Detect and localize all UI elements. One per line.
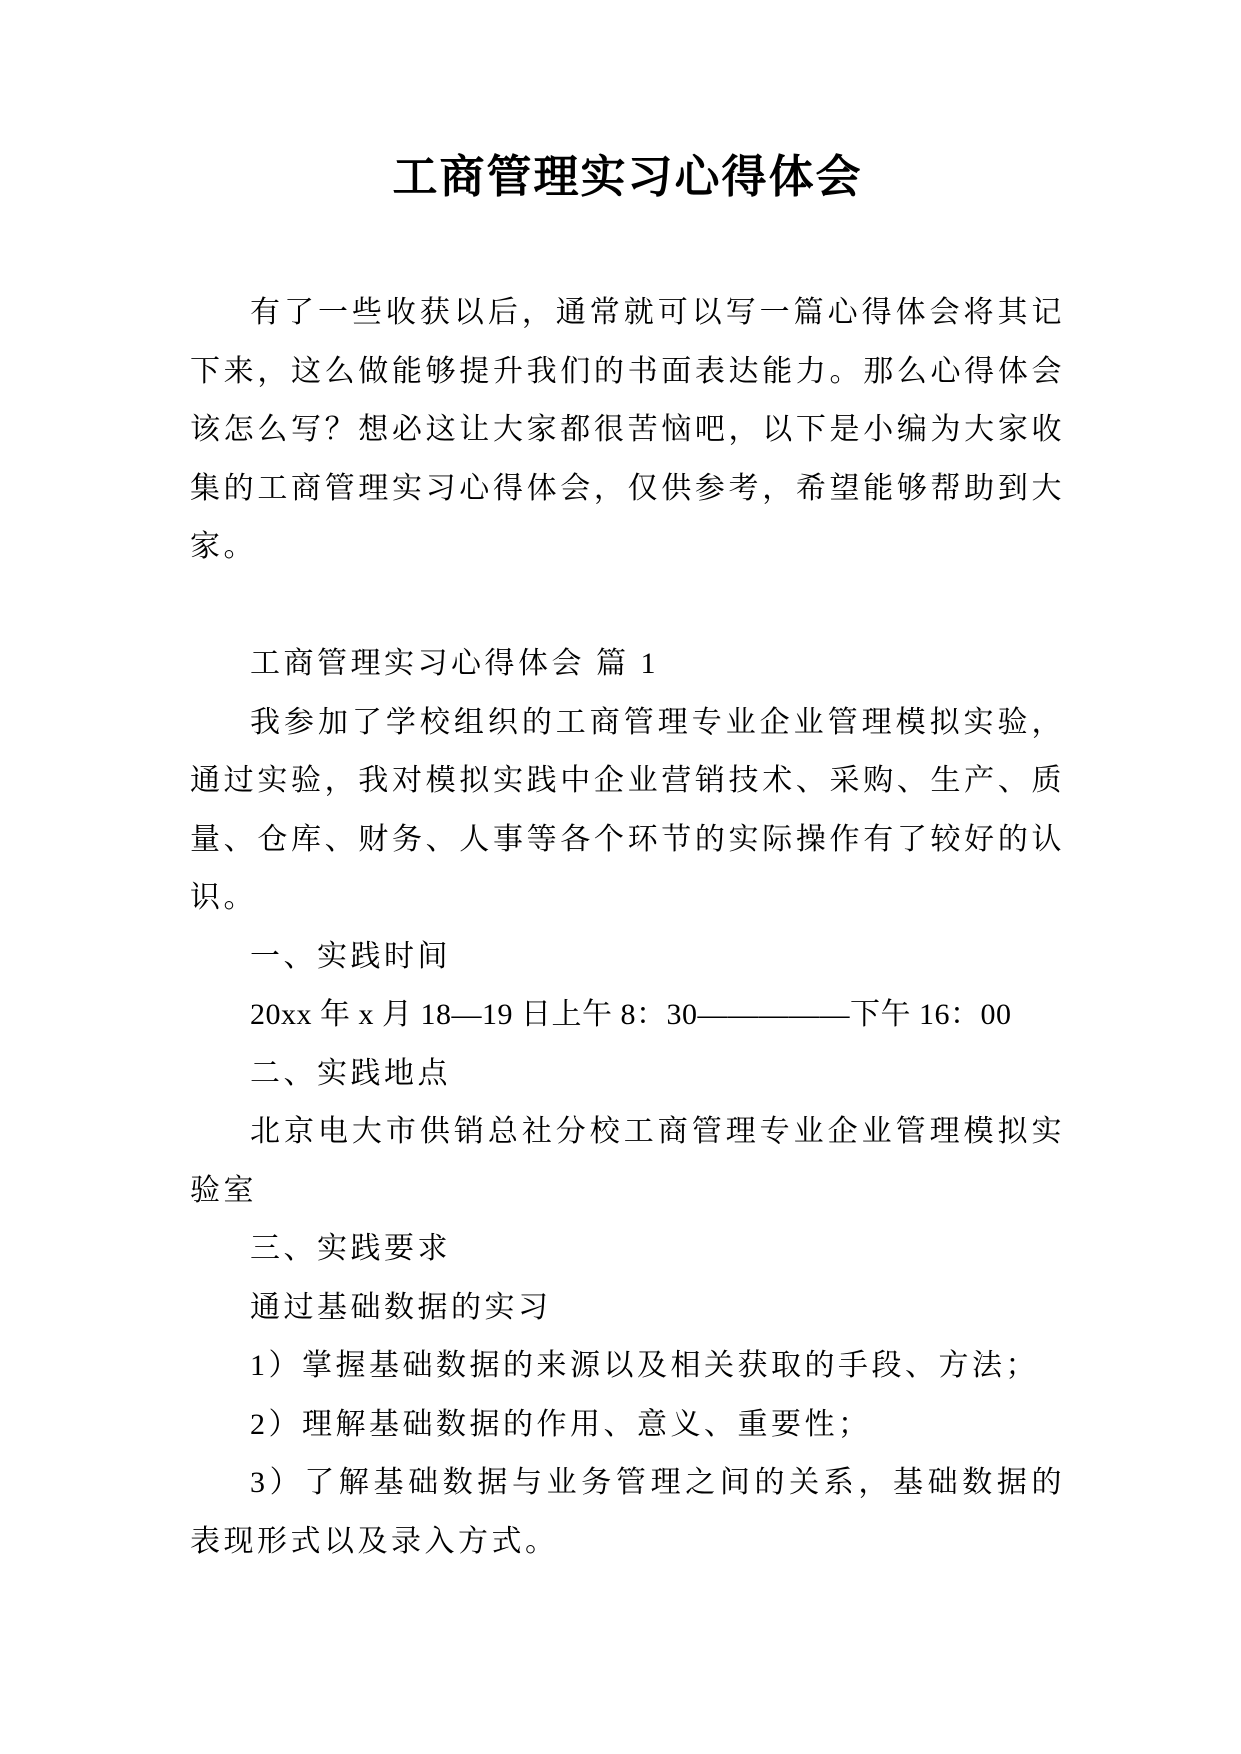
paragraph-practice-location-value: 北京电大市供销总社分校工商管理专业企业管理模拟实验室	[190, 1103, 1065, 1220]
list-item-3: 3）了解基础数据与业务管理之间的关系，基础数据的表现形式以及录入方式。	[190, 1454, 1065, 1571]
list-item-1: 1）掌握基础数据的来源以及相关获取的手段、方法；	[190, 1337, 1065, 1396]
list-item-2: 2）理解基础数据的作用、意义、重要性；	[190, 1396, 1065, 1455]
heading-practice-time: 一、实践时间	[190, 928, 1065, 987]
heading-practice-requirements: 三、实践要求	[190, 1220, 1065, 1279]
section-heading-part-1: 工商管理实习心得体会 篇 1	[190, 635, 1065, 694]
paragraph-requirements-intro: 通过基础数据的实习	[190, 1279, 1065, 1338]
document-title: 工商管理实习心得体会	[190, 146, 1065, 208]
paragraph-experiment-overview: 我参加了学校组织的工商管理专业企业管理模拟实验，通过实验，我对模拟实践中企业营销…	[190, 694, 1065, 928]
paragraph-practice-time-value: 20xx 年 x 月 18—19 日上午 8：30—————下午 16：00	[190, 986, 1065, 1045]
intro-paragraph: 有了一些收获以后，通常就可以写一篇心得体会将其记下来，这么做能够提升我们的书面表…	[190, 284, 1065, 577]
heading-practice-location: 二、实践地点	[190, 1045, 1065, 1104]
document-page: 工商管理实习心得体会 有了一些收获以后，通常就可以写一篇心得体会将其记下来，这么…	[0, 0, 1241, 1754]
